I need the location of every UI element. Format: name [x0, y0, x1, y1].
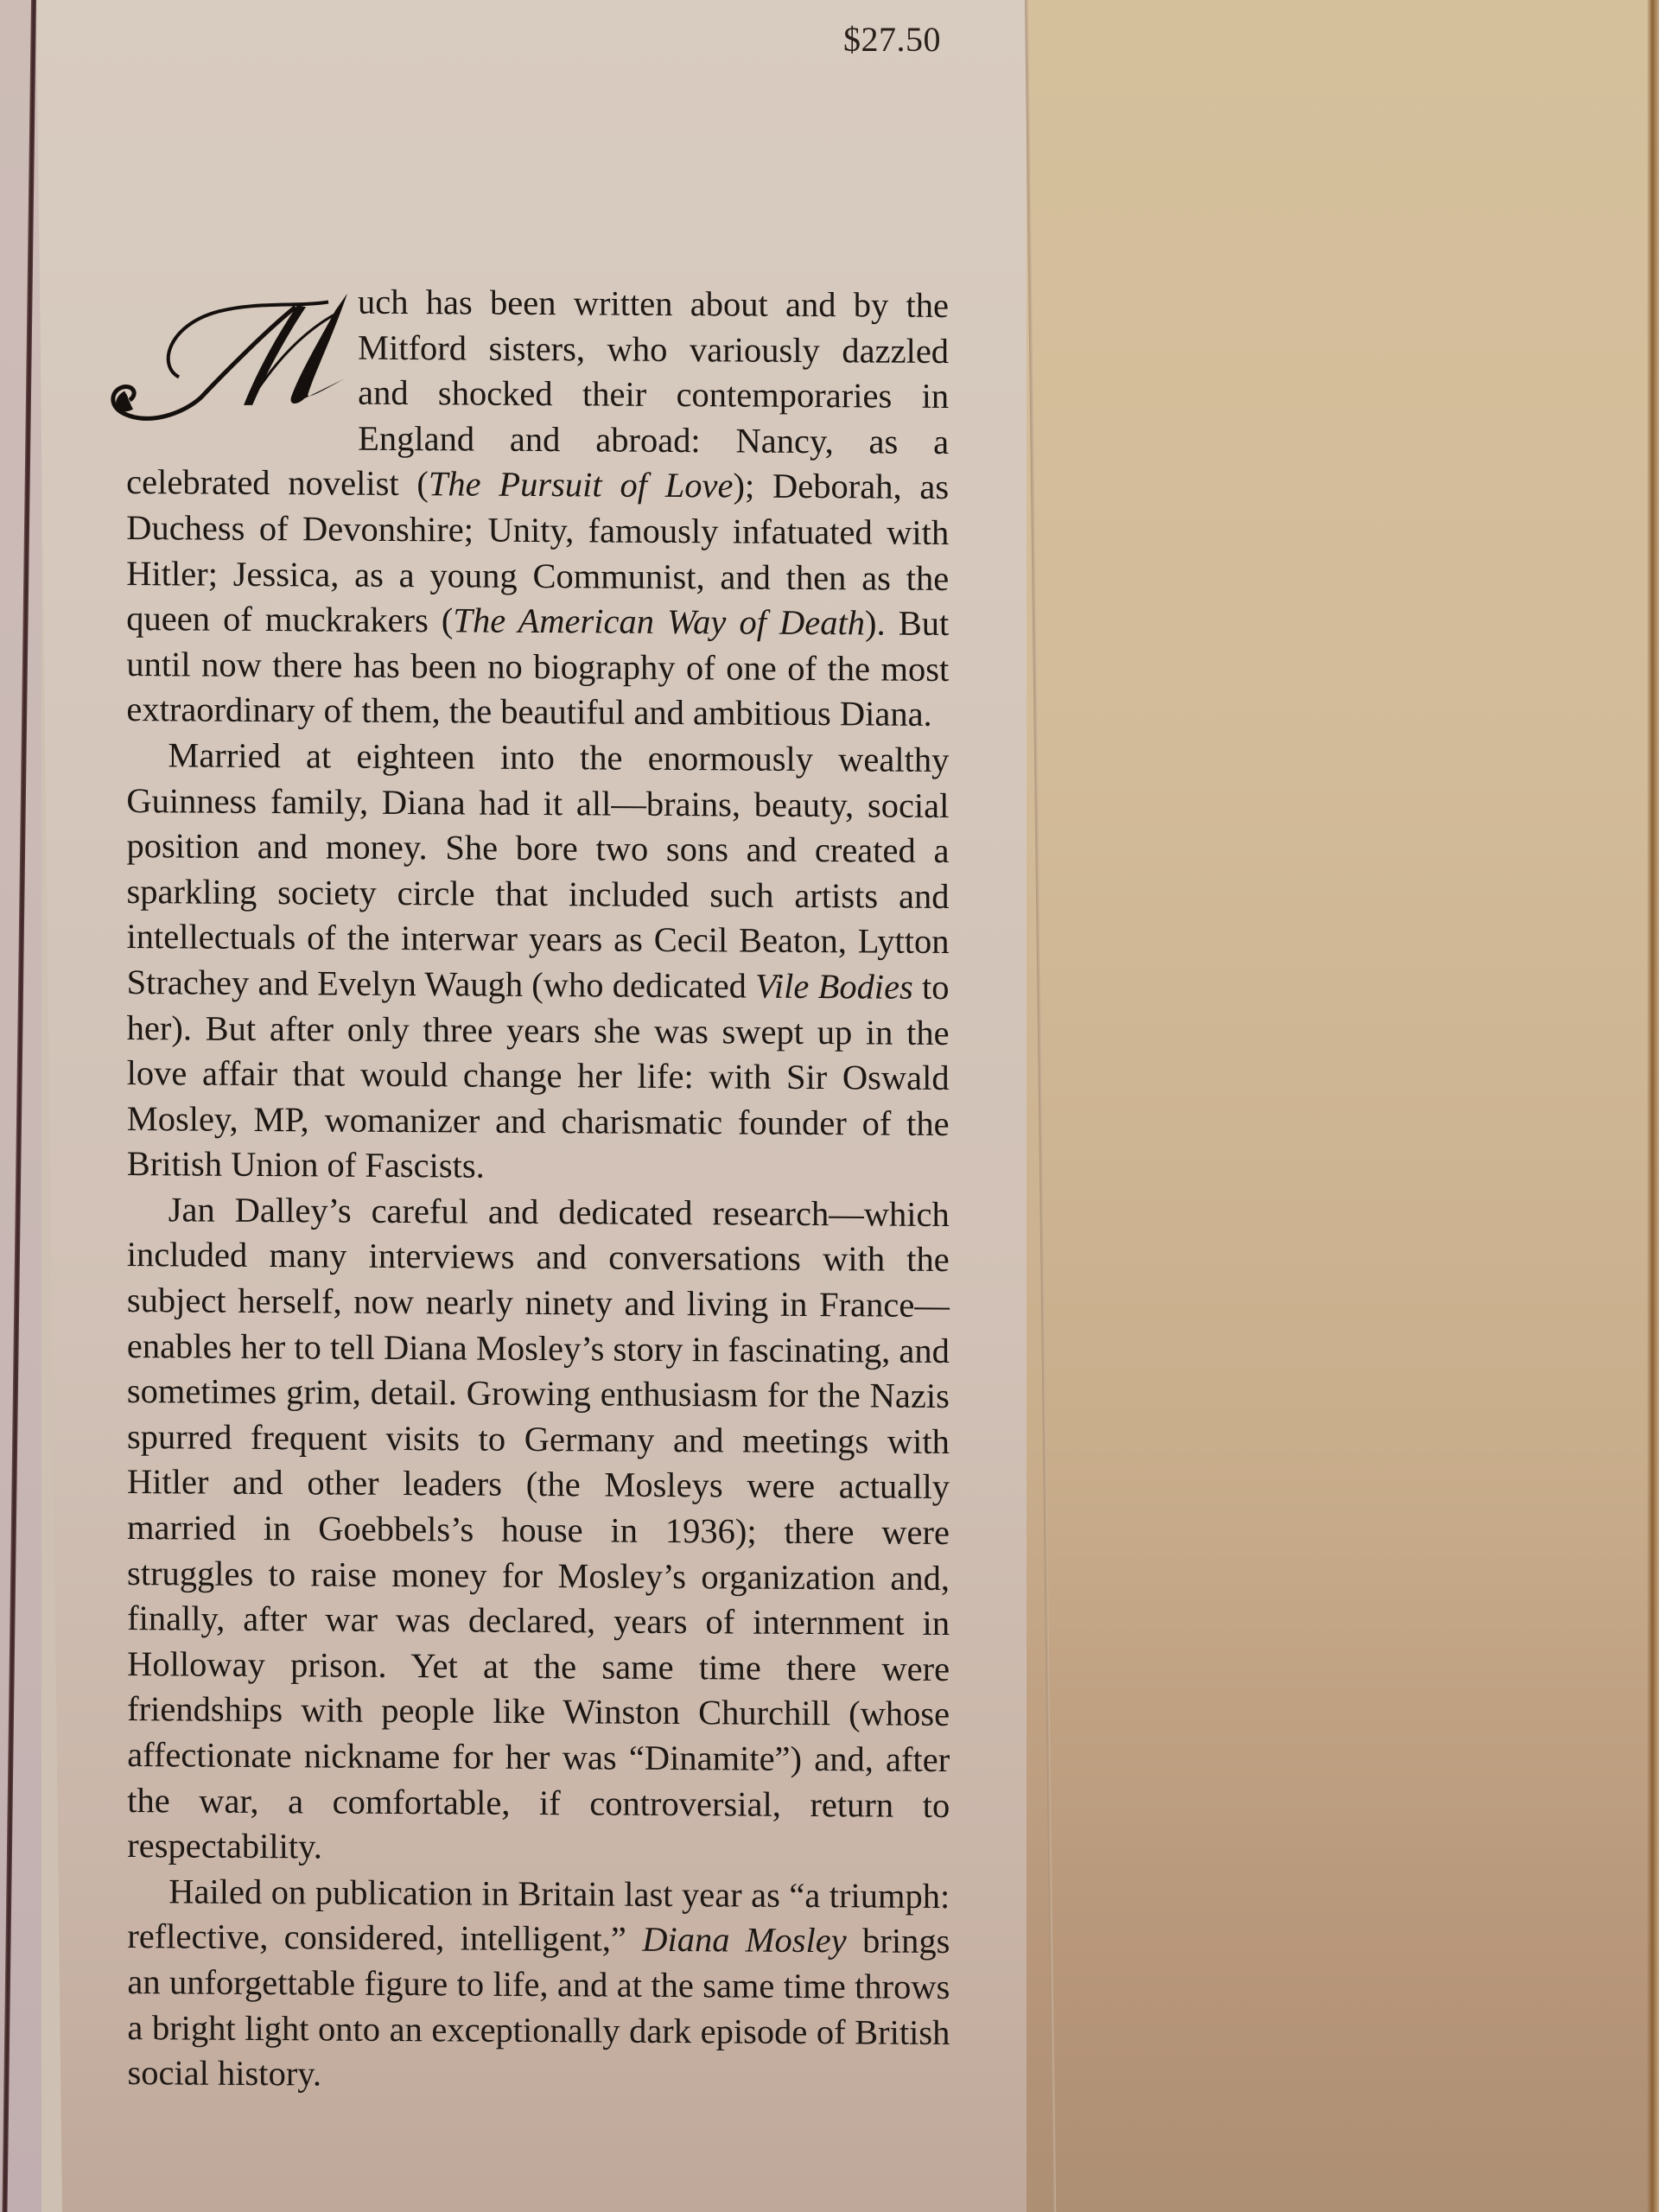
- right-page-edge: [1647, 0, 1659, 2212]
- book-title-italic: The American Way of Death: [453, 601, 865, 643]
- book-title-italic: Vile Bodies: [755, 966, 913, 1006]
- paragraph-4: Hailed on publication in Britain last ye…: [127, 1869, 950, 2101]
- paragraph-3: Jan Dalley’s careful and dedicated resea…: [127, 1187, 950, 1874]
- flap-copy: M uch has been written about and by the …: [126, 278, 950, 2101]
- back-endpaper: [1020, 0, 1659, 2212]
- text-segment: Jan Dalley’s careful and dedicated resea…: [127, 1190, 950, 1866]
- price-label: $27.50: [843, 19, 941, 60]
- book-title-italic: Diana Mosley: [642, 1920, 847, 1960]
- drop-cap: M: [97, 282, 353, 420]
- book-title-italic: The Pursuit of Love: [429, 465, 734, 505]
- paragraph-2: Married at eighteen into the enormously …: [126, 733, 949, 1192]
- paragraph-1: M uch has been written about and by the …: [126, 278, 949, 738]
- text-segment: Married at eighteen into the enormously …: [126, 735, 949, 1005]
